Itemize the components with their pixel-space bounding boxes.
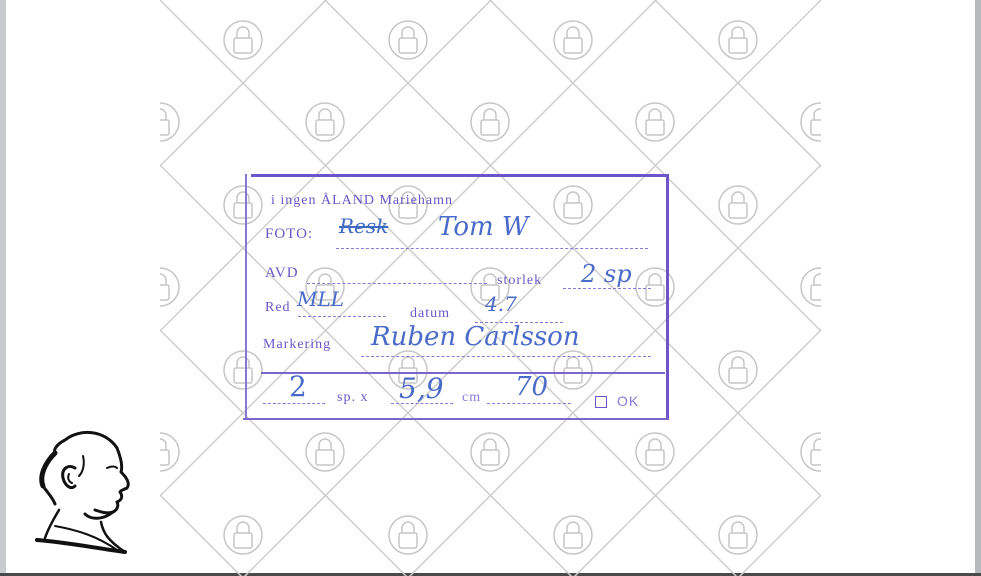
ok-label: OK (617, 393, 639, 409)
stamp-border (666, 176, 669, 418)
datum-label: datum (410, 306, 450, 322)
foto-struck-value: Resk (339, 214, 388, 238)
stamp-divider (261, 372, 665, 374)
red-value: MLL (297, 287, 344, 311)
cm-label: cm (462, 390, 481, 406)
stamp-header: i ingen ÅLAND Mariehamn (271, 193, 453, 209)
markering-value: Ruben Carlsson (371, 322, 580, 352)
avd-label: AVD (265, 265, 299, 282)
profile-portrait-icon (25, 428, 135, 556)
number-dotted-line (487, 403, 571, 404)
stamp-border (245, 174, 247, 418)
foto-dotted-line (336, 248, 648, 249)
ok-checkbox (595, 396, 607, 408)
storlek-label: storlek (497, 273, 542, 289)
foto-label: FOTO: (265, 226, 313, 243)
avd-dotted-line (307, 283, 487, 284)
markering-label: Markering (263, 337, 331, 353)
cm-value: 5,9 (399, 372, 444, 405)
columns-value: 2 (289, 370, 307, 403)
sp-label: sp. x (337, 390, 368, 406)
storlek-dotted-line (563, 288, 651, 289)
number-value: 70 (515, 372, 548, 402)
red-label: Red (265, 300, 291, 316)
photo-archive-stamp: i ingen ÅLAND Mariehamn FOTO: Resk Tom W… (243, 174, 669, 420)
stamp-border (243, 418, 669, 420)
columns-dotted-line (263, 403, 325, 404)
cm-dotted-line (391, 403, 453, 404)
datum-value: 4.7 (485, 292, 517, 316)
card-right-edge (975, 0, 981, 576)
stamp-border (251, 174, 669, 177)
markering-dotted-line (361, 356, 651, 357)
red-dotted-line (298, 316, 386, 317)
storlek-value: 2 sp (581, 260, 632, 288)
foto-value: Tom W (438, 212, 529, 242)
